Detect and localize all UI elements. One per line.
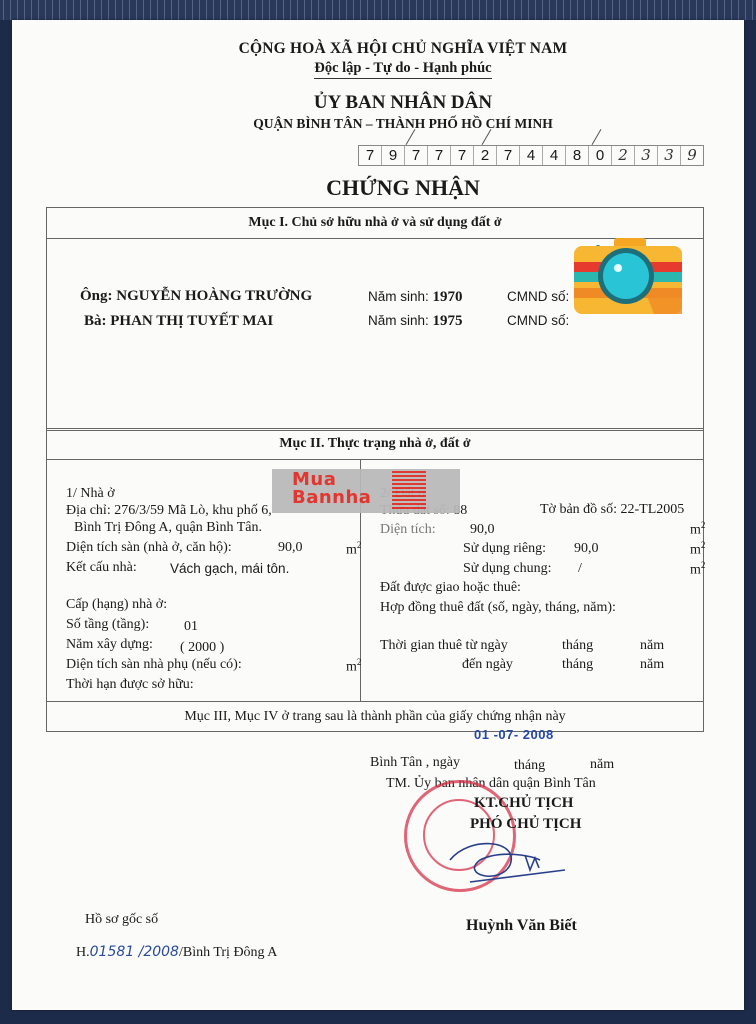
land-private: 90,0 bbox=[574, 541, 599, 557]
land-common: / bbox=[578, 561, 582, 577]
lease-to-year: năm bbox=[640, 657, 664, 673]
land-allocation-label: Đất được giao hoặc thuê: bbox=[380, 580, 521, 596]
land-area-label: Diện tích: bbox=[380, 522, 436, 538]
house-grade-label: Cấp (hạng) nhà ở: bbox=[66, 597, 167, 613]
unit-m2: m2 bbox=[690, 540, 705, 559]
house-floors-label: Số tầng (tầng): bbox=[66, 617, 149, 633]
camera-icon bbox=[574, 238, 682, 314]
house-structure-value: Vách gạch, mái tôn. bbox=[170, 561, 289, 576]
motto: Độc lập - Tự do - Hạnh phúc bbox=[0, 60, 756, 77]
owner-2-name: Bà: PHAN THỊ TUYẾT MAI bbox=[84, 313, 273, 330]
house-structure: Kết cấu nhà: bbox=[66, 560, 137, 576]
house-year-label: Năm xây dựng: bbox=[66, 637, 153, 653]
record-number: H.01581 /2008/Bình Trị Đông A bbox=[76, 944, 277, 961]
land-area: 90,0 bbox=[470, 522, 495, 538]
district-heading: QUẬN BÌNH TÂN – THÀNH PHỐ HỒ CHÍ MINH bbox=[0, 116, 756, 132]
watermark-text: Mua Bannha bbox=[292, 471, 371, 507]
land-private-label: Sử dụng riêng: bbox=[463, 541, 546, 557]
house-year: ( 2000 ) bbox=[180, 640, 224, 656]
land-common-label: Sử dụng chung: bbox=[463, 561, 551, 577]
lease-to-month: tháng bbox=[562, 657, 593, 673]
land-lease-label: Hợp đồng thuê đất (số, ngày, tháng, năm)… bbox=[380, 600, 616, 616]
date-month: tháng bbox=[514, 758, 545, 774]
owner-1-name: Ông: NGUYỄN HOÀNG TRƯỜNG bbox=[80, 288, 312, 305]
date-year: năm bbox=[590, 757, 614, 773]
house-aux-area-label: Diện tích sàn nhà phụ (nếu có): bbox=[66, 657, 242, 673]
signer-name: Huỳnh Văn Biết bbox=[466, 917, 577, 935]
owner-1-id-label: CMND số: bbox=[507, 289, 569, 304]
serial-number: 7 9 7 7 7 2 7 4 4 8 0 2 3 3 9 bbox=[358, 145, 704, 166]
signature-scribble-icon bbox=[440, 830, 570, 890]
house-floor-area: 90,0 bbox=[278, 540, 303, 556]
lease-to: đến ngày bbox=[462, 657, 513, 673]
house-floors: 01 bbox=[184, 619, 198, 635]
house-title: 1/ Nhà ở bbox=[66, 486, 115, 502]
house-floor-area-label: Diện tích sàn (nhà ở, căn hộ): bbox=[66, 540, 232, 556]
lease-from-month: tháng bbox=[562, 638, 593, 654]
role-2: PHÓ CHỦ TỊCH bbox=[470, 816, 581, 833]
section-owners-heading: Mục I. Chủ sở hữu nhà ở và sử dụng đất ở bbox=[47, 208, 703, 239]
lease-from: Thời gian thuê từ ngày bbox=[380, 638, 508, 654]
record-label: Hồ sơ gốc số bbox=[85, 912, 158, 928]
document-title: CHỨNG NHẬN bbox=[0, 175, 756, 201]
land-map: Tờ bản đồ số: 22-TL2005 bbox=[540, 502, 684, 518]
place-date: Bình Tân , ngày bbox=[370, 755, 460, 771]
house-address-line2: Bình Trị Đông A, quận Bình Tân. bbox=[74, 520, 262, 536]
role-1: KT.CHỦ TỊCH bbox=[474, 795, 573, 812]
scanner-edge bbox=[0, 0, 756, 20]
unit-m2: m2 bbox=[346, 657, 361, 676]
owner-2-birth: Năm sinh: 1975 bbox=[368, 313, 463, 330]
section-note: Mục III, Mục IV ở trang sau là thành phầ… bbox=[47, 701, 703, 731]
unit-m2: m2 bbox=[690, 520, 705, 539]
owner-2-id-label: CMND số: bbox=[507, 313, 569, 328]
country-heading: CỘNG HOÀ XÃ HỘI CHỦ NGHĨA VIỆT NAM bbox=[0, 40, 756, 58]
watermark-logo-icon bbox=[392, 471, 426, 511]
watermark: Mua Bannha bbox=[272, 469, 460, 513]
owner-1-birth: Năm sinh: 1970 bbox=[368, 289, 463, 306]
section-property-heading: Mục II. Thực trạng nhà ở, đất ở bbox=[47, 429, 703, 460]
unit-m2: m2 bbox=[346, 540, 361, 559]
date-stamp: 01 -07- 2008 bbox=[474, 727, 554, 742]
lease-from-year: năm bbox=[640, 638, 664, 654]
house-address: Địa chỉ: 276/3/59 Mã Lò, khu phố 6, bbox=[66, 503, 272, 519]
unit-m2: m2 bbox=[690, 560, 705, 579]
house-term-label: Thời hạn được sở hữu: bbox=[66, 677, 194, 693]
committee-heading: ỦY BAN NHÂN DÂN bbox=[0, 92, 756, 114]
